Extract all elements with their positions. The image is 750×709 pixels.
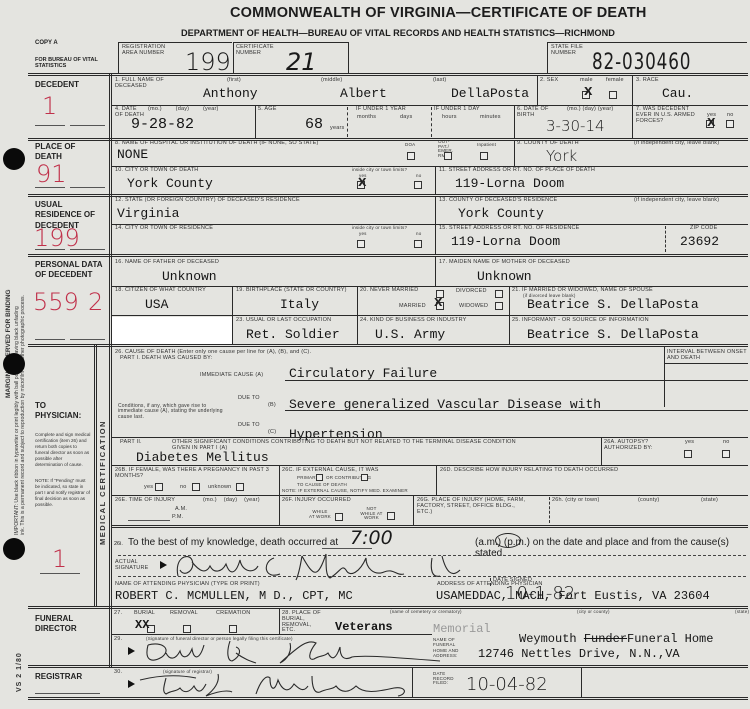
- death-inside-limits-mark: X: [358, 176, 366, 189]
- b-label: (B): [268, 403, 276, 409]
- birthplace-label: 19. BIRTHPLACE (state or country): [236, 288, 347, 294]
- residence-county-note: (if independent city, leave blank): [634, 198, 719, 204]
- signature-arrow-icon: [160, 561, 167, 569]
- burial-caption: BURIAL: [134, 611, 155, 617]
- middle-name-value: Albert: [340, 86, 387, 101]
- state-file-label: STATE FILE NUMBER: [551, 45, 591, 57]
- injury-state-label: (state): [701, 498, 718, 504]
- city-of-death-value: York County: [127, 176, 213, 191]
- never-married-label: 20. NEVER MARRIED: [360, 288, 418, 294]
- time-of-injury-label: 26e. TIME OF INJURY: [115, 498, 175, 504]
- date-of-birth-caption: (mo.) (day) (year): [567, 107, 613, 113]
- registration-area-value: 199: [185, 48, 231, 76]
- pregnancy-yes-checkbox[interactable]: [155, 483, 163, 491]
- months-caption: months: [357, 115, 376, 121]
- burial-state-caption: (state): [735, 610, 749, 615]
- certification-number: 26i.: [114, 541, 123, 547]
- due-to-b-label: DUE TO: [238, 396, 260, 402]
- father-value: Unknown: [162, 269, 217, 284]
- first-name-caption: (first): [227, 78, 241, 84]
- punch-hole-3: [3, 538, 25, 560]
- place-of-burial-label: 28. PLACE OF BURIAL, REMOVAL, ETC.: [282, 611, 322, 634]
- county-of-death-note: (if independent city, leave blank): [634, 141, 719, 147]
- widowed-checkbox[interactable]: [495, 302, 503, 310]
- part1-label: PART I. DEATH WAS CAUSED BY:: [120, 356, 212, 362]
- first-name-value: Anthony: [203, 86, 258, 101]
- street-of-death-label: 11. STREET ADDRESS OR RT. NO. OF PLACE O…: [439, 168, 595, 174]
- while-at-work-caption: while at work: [309, 510, 331, 519]
- section-registrar: REGISTRAR: [35, 672, 82, 682]
- margin-binding-title: MARGIN RESERVED FOR BINDING: [5, 289, 13, 398]
- residence-inside-limits-yes: yes: [359, 232, 367, 237]
- physician-address-value: USAMEDDAC, MACH, Fort Eustis, VA 23604: [436, 589, 710, 603]
- armed-forces-check-mark: X: [707, 116, 715, 129]
- funeral-home-name-part2: Funeral Home: [627, 632, 713, 646]
- death-certificate: COMMONWEALTH OF VIRGINIA—CERTIFICATE OF …: [0, 0, 750, 709]
- injury-description-label: 26d. DESCRIBE HOW INJURY RELATING TO DEA…: [440, 468, 618, 474]
- certification-statement: To the best of my knowledge, death occur…: [128, 537, 338, 548]
- industry-value: U.S. Army: [375, 327, 445, 342]
- residence-county-value: York County: [458, 206, 544, 221]
- sex-label: 2. SEX: [540, 78, 558, 84]
- physician-instructions: Complete and sign medical certification …: [35, 432, 91, 468]
- personal-data-code-a: 559: [33, 288, 79, 316]
- outpatient-checkbox[interactable]: [444, 152, 452, 160]
- spouse-value: Beatrice S. DellaPosta: [527, 297, 699, 312]
- occupation-label: 23. USUAL OR LAST OCCUPATION: [236, 318, 331, 324]
- age-value: 68: [305, 116, 323, 133]
- am-caption: A.M.: [175, 507, 187, 513]
- due-to-c-label: DUE TO: [238, 423, 260, 429]
- last-name-caption: (last): [433, 78, 446, 84]
- contributing-checkbox[interactable]: [361, 474, 368, 481]
- pregnancy-no-checkbox[interactable]: [192, 483, 200, 491]
- autopsy-yes-checkbox[interactable]: [684, 450, 692, 458]
- medical-certification-label: MEDICAL CERTIFICATION: [98, 420, 107, 545]
- citizen-label: 18. CITIZEN OF WHAT COUNTRY: [115, 288, 206, 294]
- date-of-death-caption: (mo.) (day) (year): [148, 107, 219, 113]
- county-of-death-value: York: [546, 147, 577, 165]
- pregnancy-no-caption: no: [180, 485, 187, 491]
- not-while-at-work-caption: not while at work: [359, 507, 384, 521]
- residence-state-label: 12. STATE (OR FOREIGN COUNTRY) OF DECEAS…: [115, 198, 300, 204]
- redacted-ssn-field: [112, 317, 232, 344]
- residence-inside-limits-no: no: [416, 232, 421, 237]
- while-at-work-checkbox[interactable]: [335, 513, 343, 521]
- pending-note: NOTE: If "Pending" must be indicated, so…: [35, 478, 91, 508]
- for-bureau-label: FOR BUREAU OF VITAL STATISTICS: [35, 57, 105, 70]
- usual-residence-code: 199: [34, 224, 80, 252]
- to-cause-caption: TO CAUSE OF DEATH: [297, 483, 347, 488]
- doa-caption: DOA: [405, 143, 415, 148]
- burial-place-value: Veterans: [335, 620, 393, 634]
- race-label: 3. RACE: [636, 78, 659, 84]
- female-checkbox[interactable]: [609, 91, 617, 99]
- physician-name-label: NAME OF ATTENDING PHYSICIAN (Type or Pri…: [115, 582, 260, 588]
- informant-label: 25. INFORMANT - OR SOURCE OF INFORMATION: [512, 318, 649, 324]
- part2-label: PART II.: [120, 440, 142, 446]
- external-cause-label: 26c. IF EXTERNAL CAUSE, IT WAS: [282, 468, 379, 474]
- armed-forces-no-checkbox[interactable]: [726, 120, 734, 128]
- certificate-title: COMMONWEALTH OF VIRGINIA—CERTIFICATE OF …: [230, 5, 647, 21]
- middle-name-caption: (middle): [321, 78, 342, 84]
- pregnancy-label: 26b. IF FEMALE, WAS THERE A PREGNANCY IN…: [115, 468, 275, 480]
- c-label: (C): [268, 430, 276, 436]
- date-filed-value: 10-04-82: [466, 674, 548, 695]
- injury-county-label: (county): [638, 498, 659, 504]
- county-of-death-label: 9. COUNTY OF DEATH: [517, 141, 579, 147]
- informant-value: Beatrice S. DellaPosta: [527, 327, 699, 342]
- armed-forces-no-caption: no: [727, 113, 734, 119]
- funeral-signature-arrow-icon: [128, 647, 135, 655]
- cemetery-caption: (name of cemetery or crematory): [390, 610, 462, 615]
- pm-caption: P.M.: [172, 515, 183, 521]
- removal-checkbox[interactable]: [183, 625, 191, 633]
- time-of-death-value: 7:00: [350, 527, 393, 549]
- residence-inside-limits-caption: inside city or town limits?: [352, 226, 407, 231]
- under-1-day-label: IF UNDER 1 DAY: [434, 107, 480, 113]
- funeral-home-name-part1: Weymouth: [519, 632, 584, 646]
- not-while-at-work-checkbox[interactable]: [387, 512, 395, 520]
- date-filed-label: DATE RECORD FILED:: [433, 672, 465, 686]
- autopsy-no-checkbox[interactable]: [722, 450, 730, 458]
- armed-forces-label: 7. WAS DECEDENT EVER IN U.S. ARMED FORCE…: [636, 107, 704, 124]
- pregnancy-unknown-checkbox[interactable]: [236, 483, 244, 491]
- date-of-death-value: 9-28-82: [131, 116, 194, 133]
- certificate-number-label: CERTIFICATE NUMBER: [236, 45, 276, 57]
- pregnancy-yes-caption: yes: [144, 485, 153, 491]
- injury-city-label: 26h. (city or town): [552, 498, 600, 504]
- age-label: 5. AGE: [258, 107, 277, 113]
- inpatient-caption: Inpatient: [477, 143, 496, 148]
- cremation-caption: CREMATION: [216, 611, 250, 617]
- married-label: MARRIED: [399, 304, 426, 310]
- place-of-death-code: 91: [36, 160, 67, 188]
- days-caption: days: [400, 115, 412, 121]
- funeral-signature-number: 29.: [114, 637, 122, 643]
- immediate-cause-label: IMMEDIATE CAUSE (A): [200, 373, 263, 379]
- industry-label: 24. KIND OF BUSINESS OR INDUSTRY: [360, 318, 467, 324]
- time-of-injury-mdy: (mo.) (day) (year): [203, 498, 260, 504]
- physician-address-label: ADDRESS OF ATTENDING PHYSICIAN: [437, 582, 543, 588]
- conditions-note: Conditions, if any, which gave rise to i…: [118, 404, 228, 420]
- removal-caption: REMOVAL: [170, 611, 198, 617]
- burial-mark: XX: [135, 618, 149, 632]
- age-years-caption: years: [330, 126, 344, 132]
- autopsy-label: 26a. AUTOPSY? AUTHORIZED BY:: [604, 440, 654, 452]
- street-of-death-value: 119-Lorna Doom: [455, 176, 564, 191]
- citizen-value: USA: [145, 297, 168, 312]
- death-inside-limits-no-checkbox[interactable]: [414, 181, 422, 189]
- registrar-signature-number: 30.: [114, 670, 122, 676]
- part2-value: Diabetes Mellitus: [136, 450, 269, 465]
- copy-label: COPY A: [35, 40, 58, 48]
- hospital-value: NONE: [117, 147, 148, 162]
- male-caption: male: [580, 78, 593, 84]
- full-name-label: 1. FULL NAME OF DECEASED: [115, 78, 170, 90]
- funeral-home-address: 12746 Nettles Drive, N.N.,VA: [478, 647, 680, 661]
- last-name-value: DellaPosta: [451, 86, 529, 101]
- physician-code: 1: [52, 545, 67, 573]
- mother-label: 17. MAIDEN NAME OF MOTHER OF DECEASED: [439, 260, 570, 266]
- zip-code-label: ZIP CODE: [690, 226, 717, 232]
- section-funeral-director: FUNERAL DIRECTOR: [35, 614, 90, 635]
- notify-examiner-note: NOTE: IF EXTERNAL CAUSE, NOTIFY MED. EXA…: [282, 489, 408, 494]
- mother-value: Unknown: [477, 269, 532, 284]
- city-county-caption: (city or county): [577, 610, 610, 615]
- residence-city-label: 14. CITY OR TOWN OF RESIDENCE: [115, 226, 213, 232]
- personal-data-code-b: 2: [88, 288, 103, 316]
- residence-inside-limits-no-checkbox[interactable]: [414, 240, 422, 248]
- interval-label: INTERVAL BETWEEN ONSET AND DEATH: [667, 350, 747, 362]
- actual-signature-label: ACTUAL SIGNATURE: [115, 560, 155, 572]
- funeral-director-signature: [140, 635, 460, 667]
- place-of-injury-label: 26g. PLACE OF INJURY (home, farm, factor…: [417, 498, 532, 515]
- father-label: 16. NAME OF FATHER OF DECEASED: [115, 260, 219, 266]
- occupation-value: Ret. Soldier: [246, 327, 340, 342]
- residence-inside-limits-yes-checkbox[interactable]: [357, 240, 365, 248]
- minutes-caption: minutes: [480, 115, 501, 121]
- residence-street-label: 15. STREET ADDRESS OR RT. NO. OF RESIDEN…: [439, 226, 580, 232]
- registrar-signature: [136, 668, 416, 698]
- physician-name-value: ROBERT C. MCMULLEN, M D., CPT, MC: [115, 589, 353, 603]
- decedent-code: 1: [42, 92, 57, 120]
- birthplace-value: Italy: [280, 297, 319, 312]
- under-1-year-label: IF UNDER 1 YEAR: [356, 107, 406, 113]
- residence-state-value: Virginia: [117, 206, 179, 221]
- city-of-death-label: 10. CITY OR TOWN OF DEATH: [115, 168, 198, 174]
- male-check-mark: X: [584, 85, 592, 98]
- funeral-home-name: Weymouth FunderFuneral Home: [519, 632, 713, 646]
- death-inside-limits-no: no: [416, 174, 421, 179]
- hospital-label: 8. NAME OF HOSPITAL OR INSTITUTION OF DE…: [115, 141, 319, 147]
- residence-street-value: 119-Lorna Doom: [451, 234, 560, 249]
- residence-county-label: 13. COUNTY OF DECEASED'S RESIDENCE: [439, 198, 557, 204]
- state-file-value: 82-030460: [592, 50, 691, 75]
- margin-instructions-line2: ink. This is a permanent record and subj…: [20, 295, 27, 535]
- doa-checkbox[interactable]: [407, 152, 415, 160]
- autopsy-no-caption: no: [723, 440, 730, 446]
- divorced-checkbox[interactable]: [495, 290, 503, 298]
- injury-occurred-label: 26f. INJURY OCCURRED: [282, 498, 351, 504]
- punch-hole-2: [3, 353, 25, 375]
- registrar-signature-arrow-icon: [128, 680, 135, 688]
- hours-caption: hours: [442, 115, 457, 121]
- certificate-number-value: 21: [286, 48, 317, 76]
- section-personal-data: PERSONAL DATA OF DECEDENT: [35, 260, 105, 281]
- cause-a-value: Circulatory Failure: [289, 366, 437, 381]
- section-to-physician: TO PHYSICIAN:: [35, 401, 90, 422]
- pm-circled: [495, 533, 521, 548]
- race-value: Cau.: [662, 86, 693, 101]
- death-inside-limits-caption: inside city or town limits?: [352, 168, 407, 173]
- punch-hole-1: [3, 148, 25, 170]
- section-decedent: DECEDENT: [35, 80, 79, 90]
- cremation-checkbox[interactable]: [229, 625, 237, 633]
- autopsy-yes-caption: yes: [685, 440, 694, 446]
- date-of-birth-value: 3-30-14: [546, 117, 605, 135]
- zip-code-value: 23692: [680, 234, 719, 249]
- disposition-label: 27.: [114, 611, 122, 617]
- primary-checkbox[interactable]: [316, 474, 323, 481]
- registration-area-label: REGISTRATION AREA NUMBER: [122, 45, 182, 57]
- pregnancy-unknown-caption: unknown: [208, 485, 231, 491]
- widowed-label: WIDOWED: [459, 304, 488, 310]
- certificate-subtitle: DEPARTMENT OF HEALTH—BUREAU OF VITAL REC…: [181, 28, 615, 38]
- form-number: VS 2 1/80: [16, 652, 25, 692]
- married-check-mark: X: [434, 296, 442, 309]
- funeral-home-struck: Funder: [584, 632, 627, 646]
- inpatient-checkbox[interactable]: [480, 152, 488, 160]
- date-of-birth-label: 6. DATE OF BIRTH: [517, 107, 549, 119]
- divorced-label: DIVORCED: [456, 289, 487, 295]
- female-caption: female: [606, 78, 624, 84]
